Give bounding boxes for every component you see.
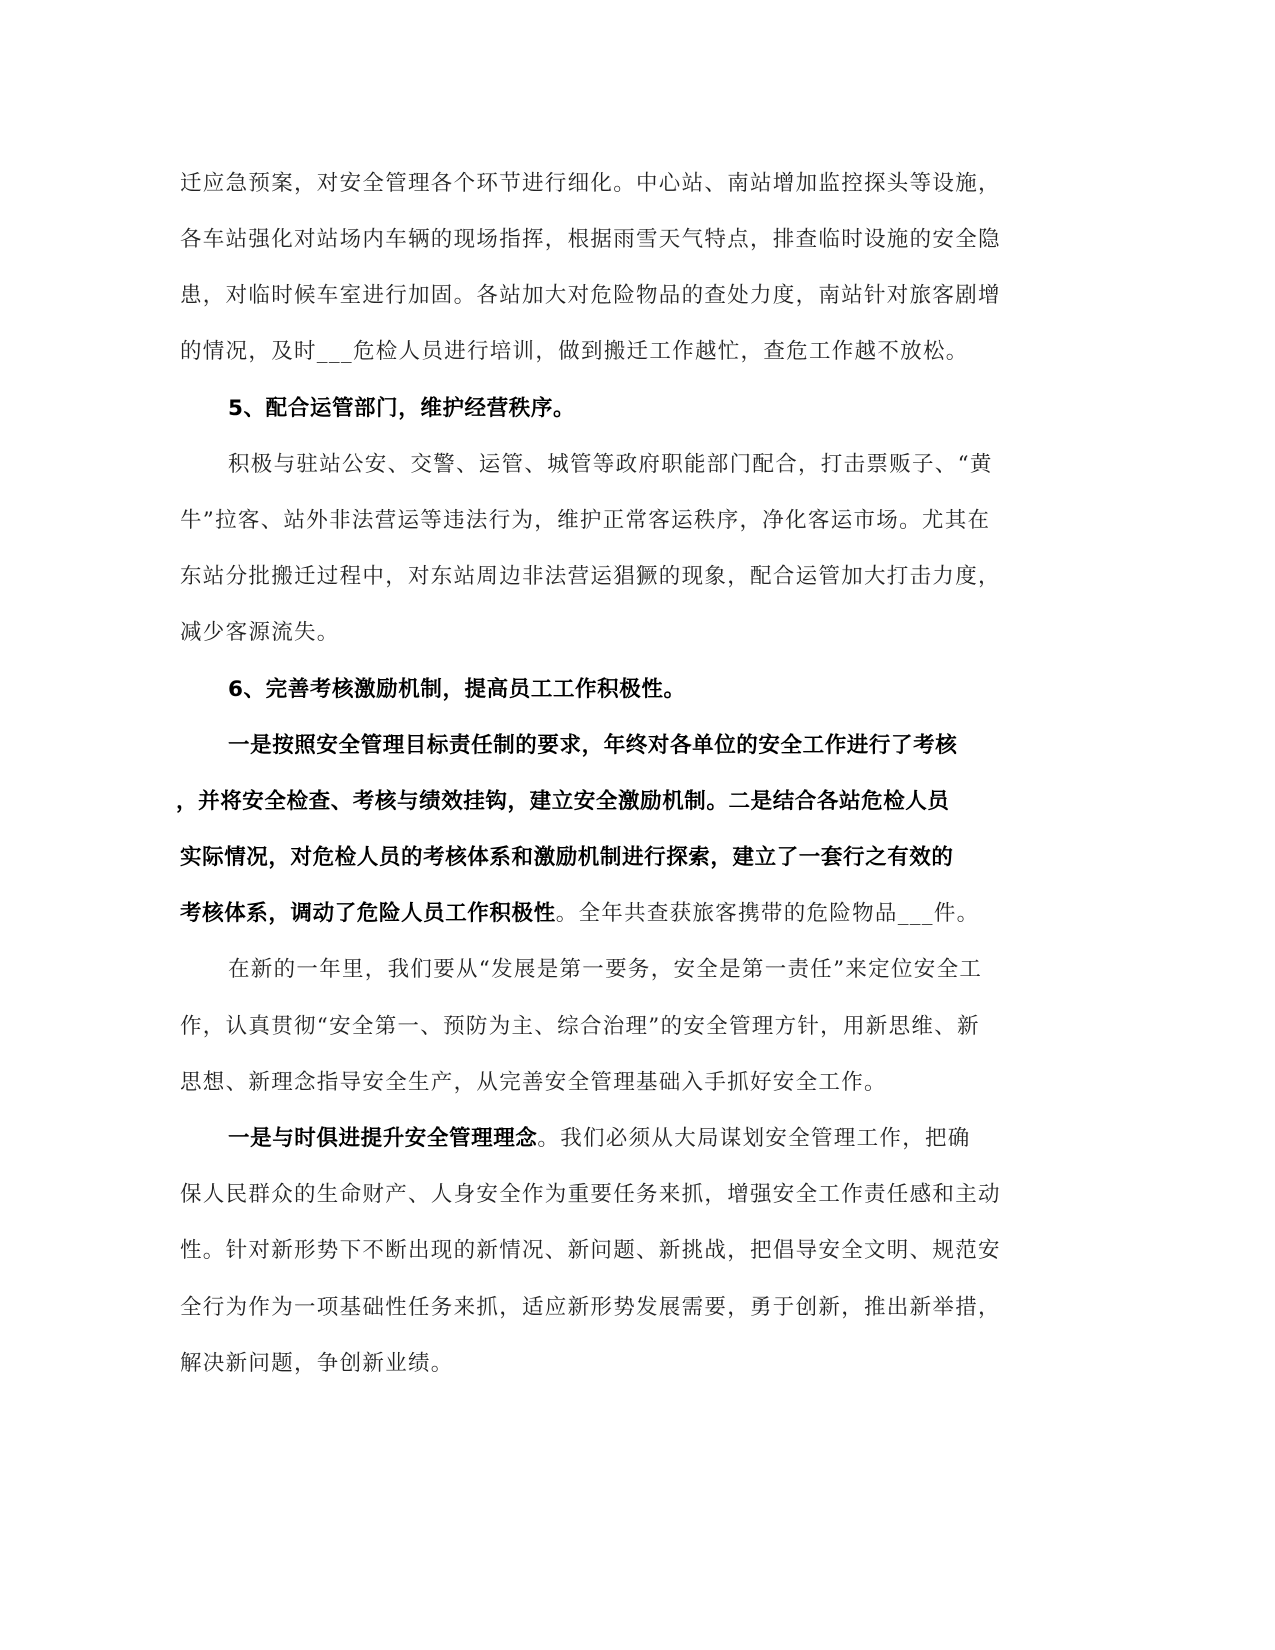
paragraph-line: 减少客源流失。 [180,618,340,648]
paragraph-line: 东站分批搬迁过程中，对东站周边非法营运猖獗的现象，配合运管加大打击力度， [180,562,1001,592]
paragraph-line: 各车站强化对站场内车辆的现场指挥，根据雨雪天气特点，排查临时设施的安全隐 [180,225,1001,255]
paragraph-line: 作，认真贯彻“安全第一、预防为主、综合治理”的安全管理方针，用新思维、新 [180,1012,980,1042]
paragraph-line: 患，对临时候车室进行加固。各站加大对危险物品的查处力度，南站针对旅客剧增 [180,281,1001,311]
bold-paragraph-line: ，并将安全检查、考核与绩效挂钩，建立安全激励机制。二是结合各站危检人员 [176,787,950,817]
normal-run: 。我们必须从大局谋划安全管理工作，把确 [537,1126,970,1151]
paragraph-line: 牛”拉客、站外非法营运等违法行为，维护正常客运秩序，净化客运市场。尤其在 [180,506,990,536]
section-heading-5: 5、配合运管部门，维护经营秩序。 [228,394,575,424]
bold-paragraph-line: 实际情况，对危检人员的考核体系和激励机制进行探索，建立了一套行之有效的 [180,843,954,873]
normal-run: 。全年共查获旅客携带的危险物品___件。 [556,901,980,926]
paragraph-line: 在新的一年里，我们要从“发展是第一要务，安全是第一责任”来定位安全工 [228,955,982,985]
paragraph-line: 积极与驻站公安、交警、运管、城管等政府职能部门配合，打击票贩子、“黄 [228,450,993,480]
section-heading-6: 6、完善考核激励机制，提高员工工作积极性。 [228,675,686,705]
bold-paragraph-line: 一是按照安全管理目标责任制的要求，年终对各单位的安全工作进行了考核 [228,731,957,761]
bold-run: 考核体系，调动了危险人员工作积极性 [180,901,556,926]
bold-run: 一是与时俱进提升安全管理理念 [228,1126,537,1151]
paragraph-line: 的情况，及时___危检人员进行培训，做到搬迁工作越忙，查危工作越不放松。 [180,337,969,367]
paragraph-line: 迁应急预案，对安全管理各个环节进行细化。中心站、南站增加监控探头等设施， [180,169,1001,199]
mixed-paragraph-line: 一是与时俱进提升安全管理理念。我们必须从大局谋划安全管理工作，把确 [228,1124,971,1154]
document-page: 迁应急预案，对安全管理各个环节进行细化。中心站、南站增加监控探头等设施， 各车站… [0,0,1275,1650]
paragraph-line: 性。针对新形势下不断出现的新情况、新问题、新挑战，把倡导安全文明、规范安 [180,1236,1001,1266]
paragraph-line: 全行为作为一项基础性任务来抓，适应新形势发展需要，勇于创新，推出新举措， [180,1293,1001,1323]
paragraph-line: 解决新问题，争创新业绩。 [180,1349,454,1379]
mixed-paragraph-line: 考核体系，调动了危险人员工作积极性。全年共查获旅客携带的危险物品___件。 [180,899,979,929]
paragraph-line: 思想、新理念指导安全生产，从完善安全管理基础入手抓好安全工作。 [180,1068,887,1098]
paragraph-line: 保人民群众的生命财产、人身安全作为重要任务来抓，增强安全工作责任感和主动 [180,1180,1001,1210]
